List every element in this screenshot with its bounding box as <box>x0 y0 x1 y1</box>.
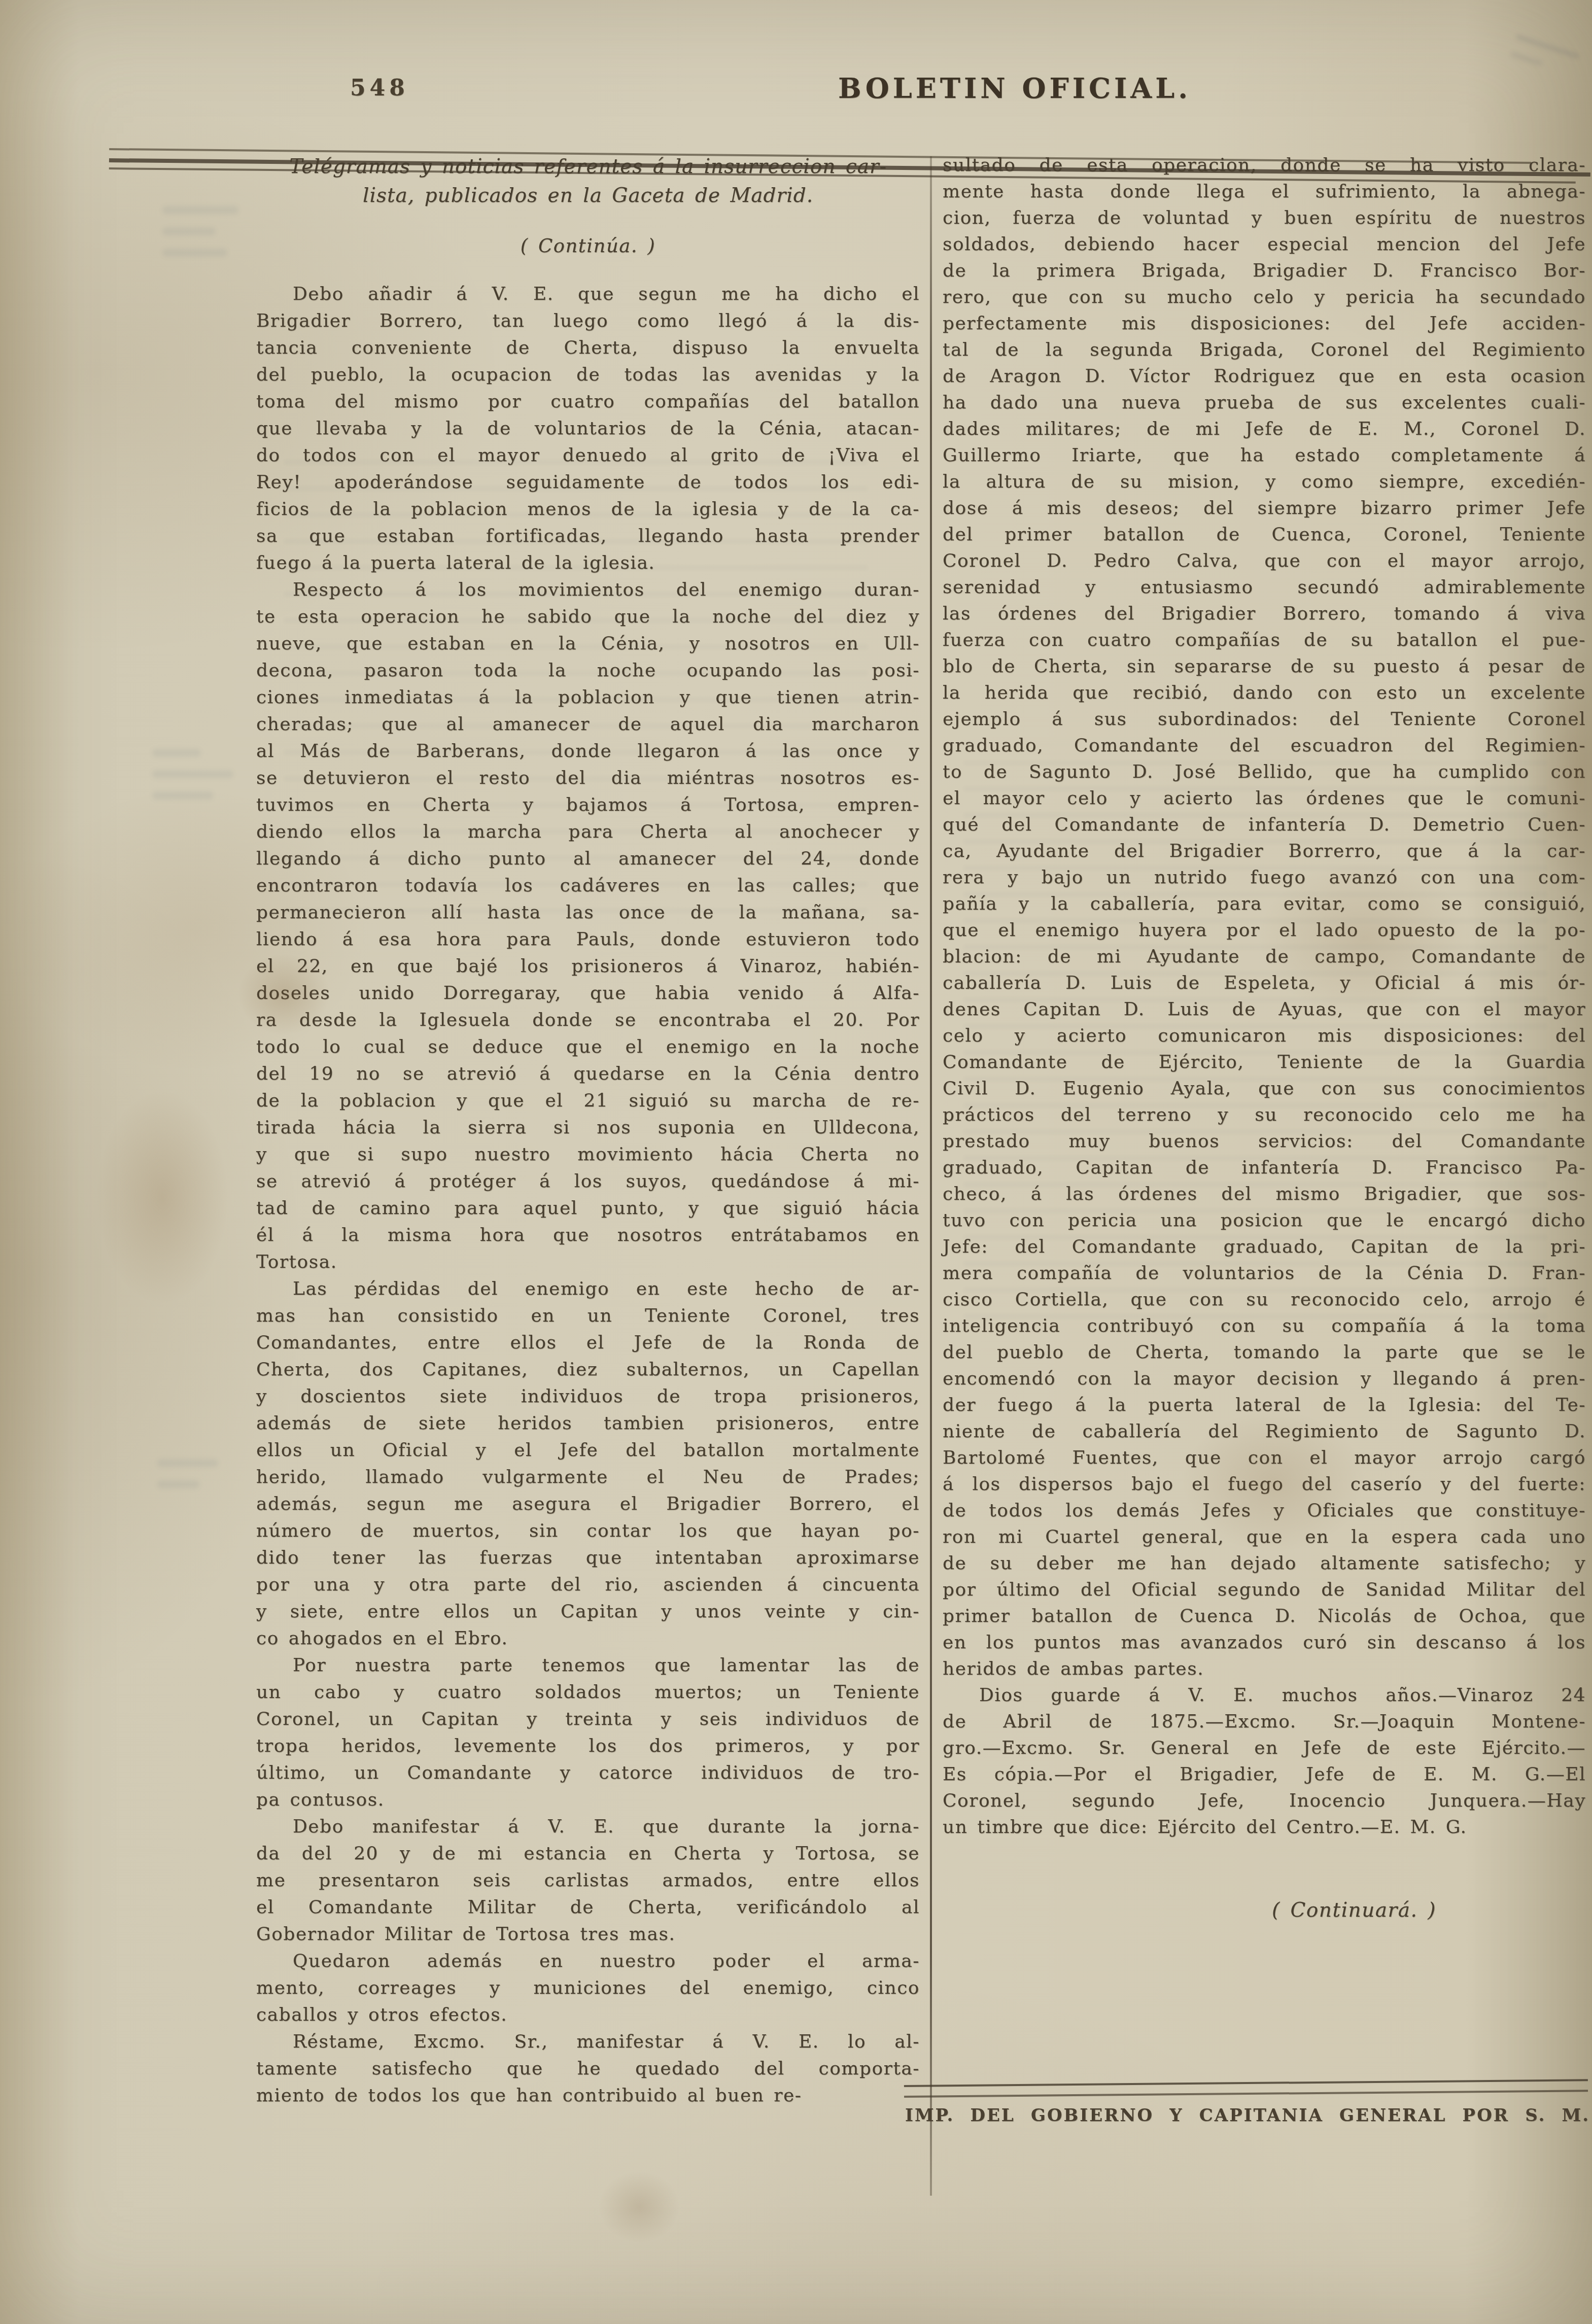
text-line: cisco Cortiella, que con su reconocido c… <box>943 1287 1586 1313</box>
text-line: dades militares; de mi Jefe de E. M., Co… <box>943 416 1586 442</box>
text-line: ellos un Oficial y el Jefe del batallon … <box>256 1437 920 1464</box>
text-line: do todos con el mayor denuedo al grito d… <box>256 442 920 469</box>
text-line: todo lo cual se deduce que el enemigo en… <box>256 1033 920 1060</box>
text-line: el mayor celo y acierto las órdenes que … <box>943 785 1586 812</box>
text-line: gro.—Excmo. Sr. General en Jefe de este … <box>943 1735 1586 1761</box>
paragraph: Debo añadir á V. E. que segun me ha dich… <box>256 281 920 576</box>
text-line: llegando á dicho punto al amanecer del 2… <box>256 845 920 872</box>
text-line: del 19 no se atrevió á quedarse en la Cé… <box>256 1060 920 1087</box>
article-heading: Telégramas y noticias referentes á la in… <box>256 152 920 210</box>
text-line: por último del Oficial segundo de Sanida… <box>943 1577 1586 1603</box>
text-line: Por nuestra parte tenemos que lamentar l… <box>256 1652 920 1679</box>
text-line: Brigadier Borrero, tan luego como llegó … <box>256 307 920 334</box>
text-line: diendo ellos la marcha para Cherta al an… <box>256 818 920 845</box>
column-divider-rule <box>930 156 932 2196</box>
paragraph: Quedaron además en nuestro poder el arma… <box>256 1948 920 2028</box>
left-column: Telégramas y noticias referentes á la in… <box>256 152 920 2109</box>
text-line: me presentaron seis carlistas armados, e… <box>256 1867 920 1894</box>
text-line: inteligencia contribuyó con su compañía … <box>943 1313 1586 1339</box>
text-line: que el enemigo huyera por el lado opuest… <box>943 917 1586 944</box>
text-line: to de Sagunto D. José Bellido, que ha cu… <box>943 759 1586 785</box>
text-line: ficios de la poblacion menos de la igles… <box>256 496 920 523</box>
text-line: mera compañía de voluntarios de la Cénia… <box>943 1260 1586 1287</box>
text-line: Debo añadir á V. E. que segun me ha dich… <box>256 281 920 307</box>
text-line: Tortosa. <box>256 1248 920 1275</box>
text-line: Comandantes, entre ellos el Jefe de la R… <box>256 1329 920 1356</box>
text-line: da del 20 y de mi estancia en Cherta y T… <box>256 1840 920 1867</box>
text-line: dose á mis deseos; del siempre bizarro p… <box>943 495 1586 522</box>
paragraph: Las pérdidas del enemigo en este hecho d… <box>256 1275 920 1652</box>
paragraph: Debo manifestar á V. E. que durante la j… <box>256 1813 920 1948</box>
text-line: un timbre que dice: Ejército del Centro.… <box>943 1814 1586 1841</box>
text-line: te esta operacion he sabido que la noche… <box>256 603 920 630</box>
text-line: cheradas; que al amanecer de aquel dia m… <box>256 711 920 738</box>
text-line: Es cópia.—Por el Brigadier, Jefe de E. M… <box>943 1761 1586 1788</box>
text-line: que llevaba y la de voluntarios de la Cé… <box>256 415 920 442</box>
text-line: de todos los demás Jefes y Oficiales que… <box>943 1498 1586 1524</box>
text-line: celo y acierto comunicaron mis disposici… <box>943 1023 1586 1049</box>
footer-rule <box>904 2079 1588 2098</box>
text-line: mente hasta donde llega el sufrimiento, … <box>943 179 1586 205</box>
article-heading-line: lista, publicados en la Gaceta de Madrid… <box>256 181 920 210</box>
text-line: co ahogados en el Ebro. <box>256 1625 920 1652</box>
newspaper-page: 548 BOLETIN OFICIAL. Telégramas y notici… <box>0 0 1592 2324</box>
text-line: y siete, entre ellos un Capitan y unos v… <box>256 1598 920 1625</box>
text-line: serenidad y entusiasmo secundó admirable… <box>943 574 1586 601</box>
text-line: Jefe: del Comandante graduado, Capitan d… <box>943 1234 1586 1260</box>
bleed-through-artifact <box>152 736 233 813</box>
text-line: qué del Comandante de infantería D. Deme… <box>943 812 1586 838</box>
continuation-note: ( Continuará. ) <box>943 1897 1586 1924</box>
text-line: der fuego á la puerta lateral de la Igle… <box>943 1392 1586 1418</box>
text-line: blacion: de mi Ayudante de campo, Comand… <box>943 944 1586 970</box>
text-line: y doscientos siete individuos de tropa p… <box>256 1383 920 1410</box>
text-line: prácticos del terreno y su reconocido ce… <box>943 1102 1586 1128</box>
paper-stain <box>96 1091 228 1304</box>
text-line: dido tener las fuerzas que intentaban ap… <box>256 1544 920 1571</box>
text-line: del pueblo, la ocupacion de todas las av… <box>256 361 920 388</box>
text-line: Réstame, Excmo. Sr., manifestar á V. E. … <box>256 2028 920 2055</box>
paragraph: sultado de esta operacion, donde se ha v… <box>943 152 1586 1682</box>
text-line: la herida que recibió, dando con esto un… <box>943 680 1586 706</box>
bleed-through-artifact <box>157 1446 233 1502</box>
text-line: doseles unido Dorregaray, que habia veni… <box>256 980 920 1007</box>
text-line: nueve, que estaban en la Cénia, y nosotr… <box>256 630 920 657</box>
text-line: se atrevió á protéger á los suyos, quedá… <box>256 1168 920 1195</box>
text-line: á los dispersos bajo el fuego del caserí… <box>943 1471 1586 1498</box>
text-line: permanecieron allí hasta las once de la … <box>256 899 920 926</box>
bleed-through-artifact <box>162 193 238 270</box>
text-line: tamente satisfecho que he quedado del co… <box>256 2055 920 2082</box>
text-line: un cabo y cuatro soldados muertos; un Te… <box>256 1679 920 1706</box>
text-line: se detuvieron el resto del dia miéntras … <box>256 765 920 791</box>
text-line: ciones inmediatas á la poblacion y que t… <box>256 684 920 711</box>
text-line: del primer batallon de Cuenca, Coronel, … <box>943 522 1586 548</box>
text-line: fuego á la puerta lateral de la iglesia. <box>256 549 920 576</box>
text-line: en los puntos mas avanzados curó sin des… <box>943 1629 1586 1656</box>
text-line: mas han consistido en un Teniente Corone… <box>256 1302 920 1329</box>
text-line: Dios guarde á V. E. muchos años.—Vinaroz… <box>943 1682 1586 1709</box>
paragraph: Por nuestra parte tenemos que lamentar l… <box>256 1652 920 1813</box>
text-line: Bartolomé Fuentes, que con el mayor arro… <box>943 1445 1586 1471</box>
text-line: liendo á esa hora para Pauls, donde estu… <box>256 926 920 953</box>
text-line: encomendó con la mayor decision y llegan… <box>943 1366 1586 1392</box>
text-line: tuvo con pericia una posicion que le enc… <box>943 1207 1586 1234</box>
page-number: 548 <box>350 75 409 101</box>
text-line: Cherta, dos Capitanes, diez subalternos,… <box>256 1356 920 1383</box>
text-line: Debo manifestar á V. E. que durante la j… <box>256 1813 920 1840</box>
text-line: la altura de su mision, y como siempre, … <box>943 469 1586 495</box>
paragraph: Réstame, Excmo. Sr., manifestar á V. E. … <box>256 2028 920 2109</box>
text-line: decona, pasaron toda la noche ocupando l… <box>256 657 920 684</box>
continues-note: ( Continúa. ) <box>256 232 920 259</box>
text-line: tancia conveniente de Cherta, dispuso la… <box>256 334 920 361</box>
printer-imprint: IMP. DEL GOBIERNO Y CAPITANIA GENERAL PO… <box>905 2105 1590 2126</box>
text-line: pa contusos. <box>256 1786 920 1813</box>
text-line: ra desde la Iglesuela donde se encontrab… <box>256 1007 920 1033</box>
text-line: al Más de Barberans, donde llegaron á la… <box>256 738 920 765</box>
text-line: de Abril de 1875.—Excmo. Sr.—Joaquin Mon… <box>943 1709 1586 1735</box>
text-line: Coronel, segundo Jefe, Inocencio Junquer… <box>943 1788 1586 1814</box>
text-line: blo de Cherta, sin separarse de su puest… <box>943 653 1586 680</box>
text-line: de su deber me han dejado altamente sati… <box>943 1550 1586 1577</box>
article-heading-line: Telégramas y noticias referentes á la in… <box>256 152 920 181</box>
text-line: pañía y la caballería, para evitar, como… <box>943 891 1586 917</box>
text-line: Coronel D. Pedro Calva, que con el mayor… <box>943 548 1586 574</box>
text-line: Gobernador Militar de Tortosa tres mas. <box>256 1921 920 1948</box>
text-line: fuerza con cuatro compañías de su batall… <box>943 627 1586 653</box>
text-line: encontraron todavía los cadáveres en las… <box>256 872 920 899</box>
text-line: prestado muy buenos servicios: del Coman… <box>943 1128 1586 1155</box>
text-line: niente de caballería del Regimiento de S… <box>943 1418 1586 1445</box>
text-line: Coronel, un Capitan y treinta y seis ind… <box>256 1706 920 1732</box>
text-line: Respecto á los movimientos del enemigo d… <box>256 576 920 603</box>
text-line: ca, Ayudante del Brigadier Borrerro, que… <box>943 838 1586 864</box>
text-line: por una y otra parte del rio, ascienden … <box>256 1571 920 1598</box>
text-line: tad de camino para aquel punto, y que si… <box>256 1195 920 1222</box>
text-line: tal de la segunda Brigada, Coronel del R… <box>943 337 1586 363</box>
text-line: Guillermo Iriarte, que ha estado complet… <box>943 442 1586 469</box>
text-line: de Aragon D. Víctor Rodriguez que en est… <box>943 363 1586 390</box>
text-line: de la primera Brigada, Brigadier D. Fran… <box>943 258 1586 284</box>
text-line: Rey! apoderándose seguidamente de todos … <box>256 469 920 496</box>
text-line: las órdenes del Brigadier Borrero, toman… <box>943 601 1586 627</box>
text-line: número de muertos, sin contar los que ha… <box>256 1517 920 1544</box>
text-line: Civil D. Eugenio Ayala, que con sus cono… <box>943 1076 1586 1102</box>
text-line: checo, á las órdenes del mismo Brigadier… <box>943 1181 1586 1207</box>
text-line: de la poblacion y que el 21 siguió su ma… <box>256 1087 920 1114</box>
text-line: caballería D. Luis de Espeleta, y Oficia… <box>943 970 1586 996</box>
text-line: del pueblo de Cherta, tomando la parte q… <box>943 1339 1586 1366</box>
text-line: tropa heridos, levemente los dos primero… <box>256 1732 920 1759</box>
text-line: tuvimos en Cherta y bajamos á Tortosa, e… <box>256 791 920 818</box>
right-column: sultado de esta operacion, donde se ha v… <box>943 152 1586 1924</box>
text-line: perfectamente mis disposiciones: del Jef… <box>943 310 1586 337</box>
text-line: él á la misma hora que nosotros entrátab… <box>256 1222 920 1248</box>
paragraph: Respecto á los movimientos del enemigo d… <box>256 576 920 1275</box>
text-line: rera y bajo un nutrido fuego avanzó con … <box>943 864 1586 891</box>
text-line: el Comandante Militar de Cherta, verific… <box>256 1894 920 1921</box>
text-line: miento de todos los que han contribuido … <box>256 2082 920 2109</box>
paper-stain <box>599 2171 680 2242</box>
text-line: cion, fuerza de voluntad y buen espíritu… <box>943 205 1586 231</box>
text-line: caballos y otros efectos. <box>256 2001 920 2028</box>
text-line: y que si supo nuestro movimiento hácia C… <box>256 1141 920 1168</box>
text-line: además de siete heridos tambien prisione… <box>256 1410 920 1437</box>
text-line: ejemplo á sus subordinados: del Teniente… <box>943 706 1586 733</box>
text-line: rero, que con su mucho celo y pericia ha… <box>943 284 1586 310</box>
text-line: herido, llamado vulgarmente el Neu de Pr… <box>256 1464 920 1490</box>
text-line: ron mi Cuartel general, que en la espera… <box>943 1524 1586 1550</box>
left-column-body: Debo añadir á V. E. que segun me ha dich… <box>256 281 920 2109</box>
text-line: graduado, Capitan de infantería D. Franc… <box>943 1155 1586 1181</box>
text-line: denes Capitan D. Luis de Ayuas, que con … <box>943 996 1586 1023</box>
text-line: heridos de ambas partes. <box>943 1656 1586 1682</box>
text-line: Las pérdidas del enemigo en este hecho d… <box>256 1275 920 1302</box>
text-line: mento, correages y municiones del enemig… <box>256 1974 920 2001</box>
text-line: además, segun me asegura el Brigadier Bo… <box>256 1490 920 1517</box>
bleed-through-artifact <box>1506 21 1584 89</box>
text-line: toma del mismo por cuatro compañías del … <box>256 388 920 415</box>
text-line: soldados, debiendo hacer especial mencio… <box>943 231 1586 258</box>
text-line: sultado de esta operacion, donde se ha v… <box>943 152 1586 179</box>
text-line: primer batallon de Cuenca D. Nicolás de … <box>943 1603 1586 1629</box>
masthead-title: BOLETIN OFICIAL. <box>838 72 1191 105</box>
text-line: ha dado una nueva prueba de sus excelent… <box>943 390 1586 416</box>
text-line: Comandante de Ejército, Teniente de la G… <box>943 1049 1586 1076</box>
paragraph: Dios guarde á V. E. muchos años.—Vinaroz… <box>943 1682 1586 1841</box>
right-column-body: sultado de esta operacion, donde se ha v… <box>943 152 1586 1841</box>
text-line: tirada hácia la sierra si nos suponia en… <box>256 1114 920 1141</box>
text-line: el 22, en que bajé los prisioneros á Vin… <box>256 953 920 980</box>
text-line: sa que estaban fortificadas, llegando ha… <box>256 523 920 549</box>
text-line: Quedaron además en nuestro poder el arma… <box>256 1948 920 1974</box>
text-line: graduado, Comandante del escuadron del R… <box>943 733 1586 759</box>
text-line: último, un Comandante y catorce individu… <box>256 1759 920 1786</box>
